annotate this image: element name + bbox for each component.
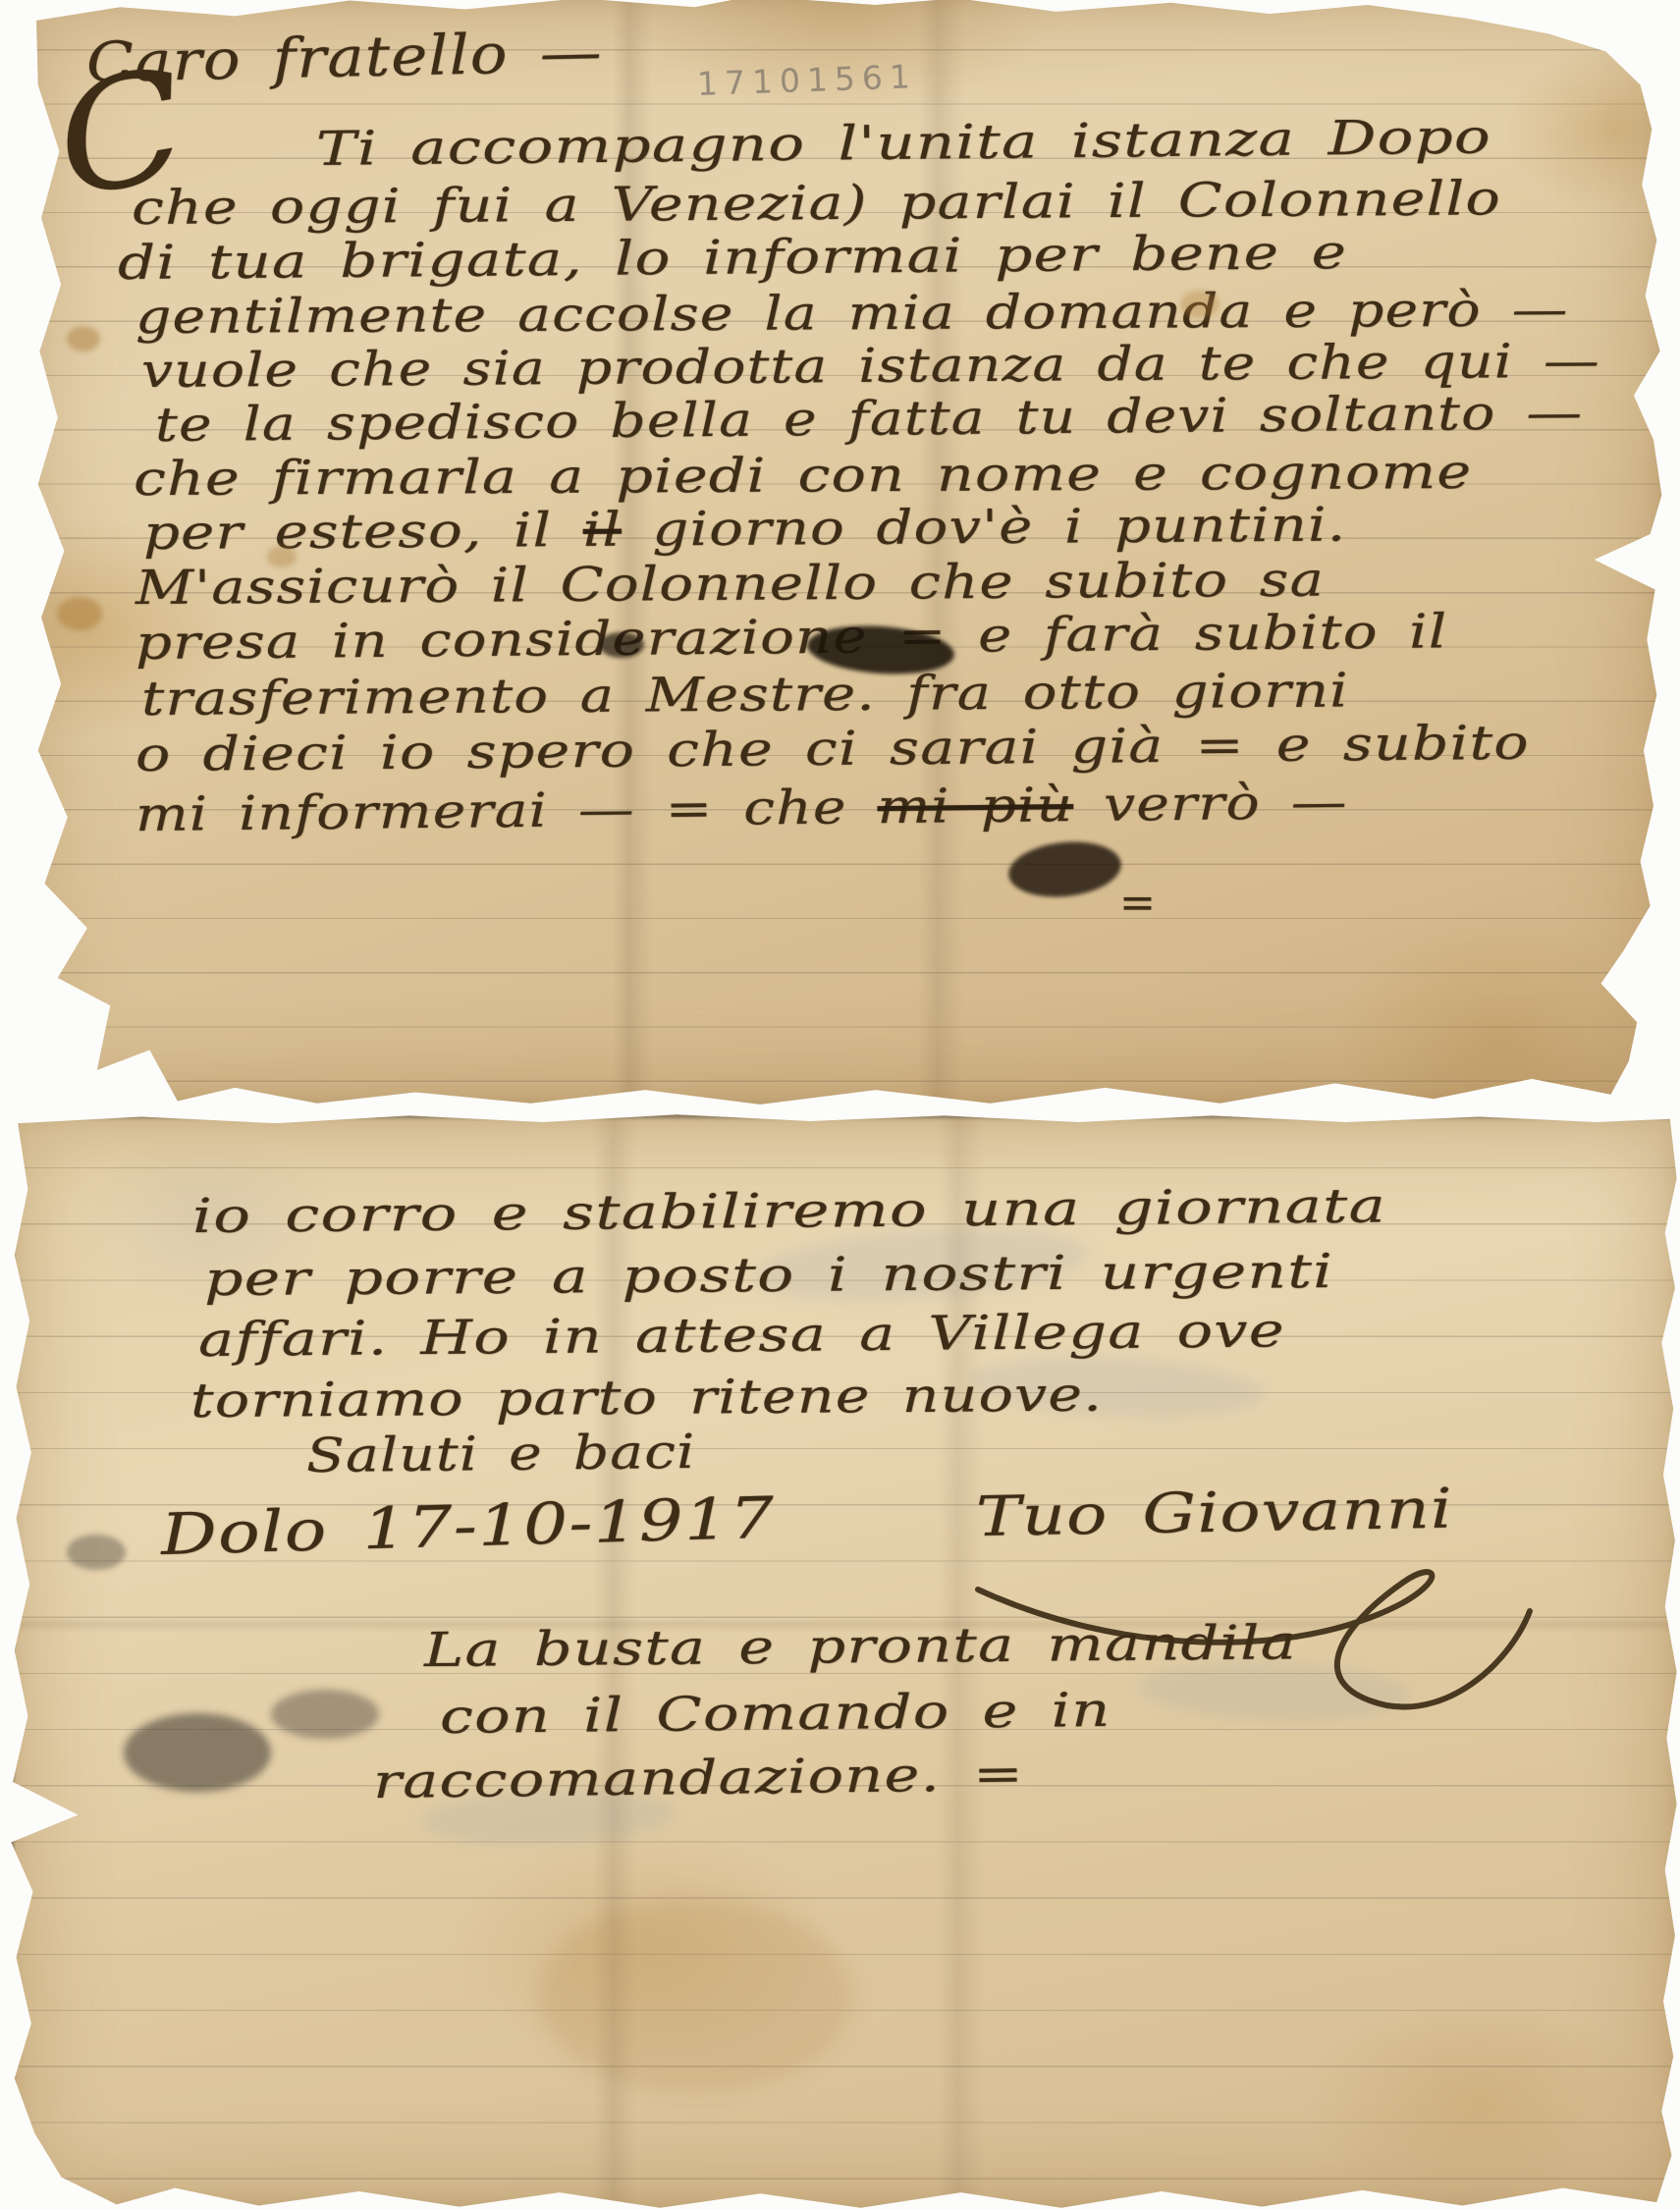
postscript-line: raccomandazione. = — [373, 1747, 1025, 1809]
letter-line: trasferimento a Mestre. fra otto giorni — [141, 663, 1349, 727]
letter-line: torniamo parto ritene nuove. — [190, 1368, 1103, 1428]
letter-line-with-strikethrough: mi informerai — = che mi più verrò — — [135, 775, 1348, 842]
place-and-date: Dolo 17-10-1917 — [160, 1484, 776, 1568]
struck-word: mi più — [877, 778, 1073, 835]
line-segment: verrò — — [1073, 775, 1348, 833]
letter-line-with-strikethrough: per esteso, il il giorno dov'è i puntini… — [143, 497, 1347, 561]
letter-line: affari. Ho in attesa a Villega ove — [198, 1303, 1285, 1368]
equals-mark: = — [1119, 878, 1157, 928]
scan-edge-shadow — [8, 1112, 14, 2210]
closing-line: Saluti e baci — [306, 1425, 696, 1483]
scanned-letter-background: { "document": { "kind": "Handwritten let… — [0, 0, 1680, 2210]
water-stain — [538, 1898, 852, 2094]
line-segment: giorno dov'è i puntini. — [622, 497, 1347, 557]
line-segment: per esteso, il — [143, 503, 583, 561]
foxing-stain — [267, 546, 297, 567]
letter-line: io corro e stabiliremo una giornata — [192, 1178, 1386, 1244]
letter-line: Ti accompagno l'unita istanza Dopo — [316, 109, 1491, 177]
foxing-stain — [67, 326, 100, 351]
struck-word: il — [582, 503, 622, 558]
line-segment: mi informerai — = che — [135, 780, 878, 842]
ink-blot — [599, 632, 644, 658]
letter-line: per porre a posto i nostri urgenti — [204, 1244, 1334, 1307]
letter-page-1: Caro fratello — 17101561 C Ti accompagno… — [22, 0, 1663, 1105]
letter-line: presa in considerazione = e farà subito … — [135, 604, 1448, 671]
letter-line: o dieci io spero che ci sarai già = e su… — [135, 716, 1530, 782]
signature: Tuo Giovanni — [975, 1478, 1453, 1549]
letter-page-2: io corro e stabiliremo una giornata per … — [8, 1112, 1680, 2210]
scan-edge-shadow — [8, 1112, 1680, 1118]
postscript-line: La busta e pronta mandila — [424, 1615, 1298, 1678]
letter-line: di tua brigata, lo informai per bene e — [118, 225, 1348, 291]
charcoal-smudge — [67, 1535, 126, 1570]
pencil-stamp-number: 17101561 — [696, 57, 917, 103]
charcoal-smudge — [271, 1690, 379, 1739]
postscript-line: con il Comando e in — [440, 1683, 1111, 1745]
letter-line: te la spedisco bella e fatta tu devi sol… — [155, 385, 1584, 453]
ink-blot — [1005, 836, 1123, 902]
charcoal-smudge — [124, 1713, 271, 1792]
foxing-stain — [57, 597, 102, 630]
foxing-stain — [1180, 291, 1219, 318]
